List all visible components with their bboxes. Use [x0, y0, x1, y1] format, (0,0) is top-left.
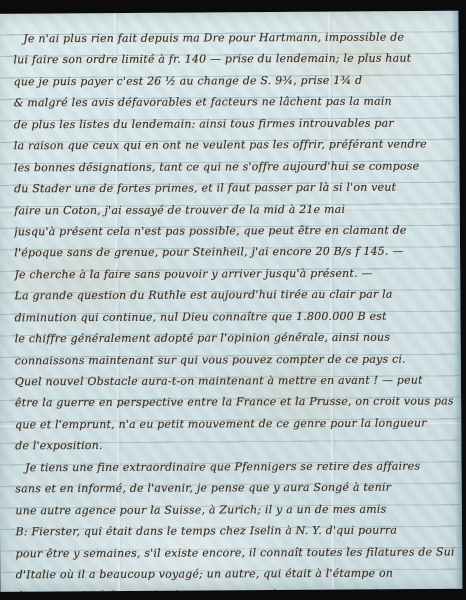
letter-line: le chiffre généralement adopté par l'opi…: [15, 326, 453, 349]
scanned-photo-background: Je n'ai plus rien fait depuis ma Dre pou…: [0, 0, 466, 600]
letter-line: que et l'emprunt, n'a eu petit mouvement…: [15, 412, 453, 435]
letter-line: La grande question du Ruthle est aujourd…: [14, 284, 452, 307]
letter-line: l'époque sans de grenue, pour Steinheil,…: [14, 241, 452, 264]
letter-line: B: Fierster, qui était dans le temps che…: [15, 519, 453, 542]
letter-paper: Je n'ai plus rien fait depuis ma Dre pou…: [0, 11, 462, 592]
letter-line: que je puis payer c'est 26 ½ au change d…: [13, 69, 451, 92]
letter-line: Je cherche à la faire sans pouvoir y arr…: [14, 262, 452, 285]
letter-line: & malgré les avis défavorables et facteu…: [14, 91, 452, 114]
letter-line: de plus les listes du lendemain: ainsi t…: [14, 112, 452, 135]
letter-line: une autre agence pour la Suisse, à Zuric…: [15, 498, 453, 521]
letter-line: diminution qui continue, nul Dieu connaî…: [14, 305, 452, 328]
letter-line: Je n'ai plus rien fait depuis ma Dre pou…: [13, 26, 451, 49]
letter-line: jusqu'à présent cela n'est pas possible,…: [14, 219, 452, 242]
letter-line: digne pour Mobile une Gerdan Hitz en de …: [16, 584, 454, 592]
letter-line: Quel nouvel Obstacle aura-t-on maintenan…: [15, 369, 453, 392]
letter-line: d'Italie où il a beaucoup voyagé; un aut…: [16, 562, 454, 585]
letter-line: du Stader une de fortes primes, et il fa…: [14, 176, 452, 199]
handwritten-text-block: Je n'ai plus rien fait depuis ma Dre pou…: [13, 26, 454, 592]
letter-line: faire un Coton, j'ai essayé de trouver d…: [14, 198, 452, 221]
letter-line: connaissons maintenant sur qui vous pouv…: [15, 348, 453, 371]
letter-line: de l'exposition.: [15, 434, 453, 457]
letter-line: être la guerre en perspective entre la F…: [15, 391, 453, 414]
letter-line: Je tiens une fine extraordinaire que Pfe…: [15, 455, 453, 478]
letter-line: lui faire son ordre limité à fr. 140 — p…: [13, 48, 451, 71]
letter-line: sans et en informé, de l'avenir, je pens…: [15, 477, 453, 500]
letter-line: les bonnes désignations, tant ce qui ne …: [14, 155, 452, 178]
letter-line: la raison que ceux qui en ont ne veulent…: [14, 134, 452, 157]
letter-line: pour être y semaines, s'il existe encore…: [15, 541, 453, 564]
